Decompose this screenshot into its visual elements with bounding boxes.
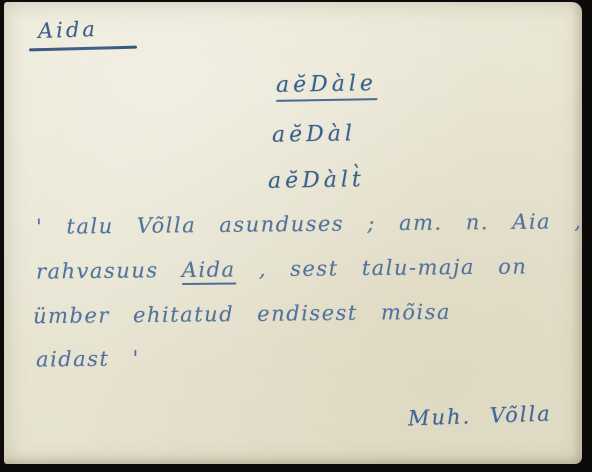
phonetic-form-adessive: aĕDàl (272, 121, 356, 147)
body-line-3: ümber ehitatud endisest mõisa (33, 300, 451, 328)
body-line-2: rahvasuus Aida , sest talu-maja on (36, 254, 528, 283)
phonetic-form-text: aĕDàle (276, 71, 377, 102)
phonetic-form-allative: aĕDàle (276, 71, 377, 98)
body-line-2-end: , sest talu-maja on (236, 254, 528, 281)
body-line-4: aidast ' (36, 346, 140, 371)
location-signature: Muh. Võlla (408, 401, 553, 430)
underlined-name-aida: Aida (182, 257, 236, 285)
phonetic-form-ablative: aĕDàlt̀ (268, 167, 365, 194)
body-line-2-start: rahvasuus (36, 258, 159, 283)
card-title: Aida (38, 17, 99, 43)
scanned-card-background: Aida aĕDàle aĕDàl aĕDàlt̀ ' talu Võlla a… (0, 0, 592, 472)
